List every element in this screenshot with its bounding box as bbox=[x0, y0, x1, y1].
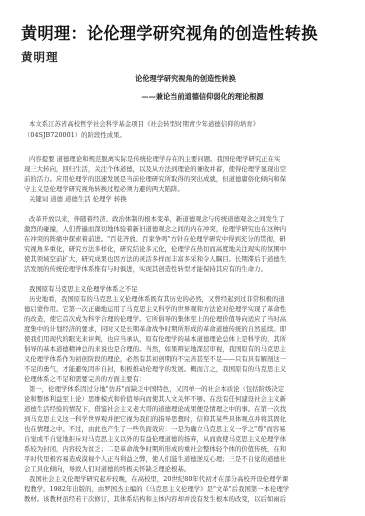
closing-line: 我国社会主义伦理学研究起步较晚，在高校里，20世纪80年代初才在部分高校开设伦理… bbox=[29, 475, 288, 484]
funding-note-line: 本文系江苏省高校哲学社会科学基金项目《社会转型时期青少年道德信仰的培育》 bbox=[29, 120, 259, 129]
section-body-line: 义伦理学体系作为初创阶段的理论，必然有其初创期的不完善甚至不足——只有具有解剖这… bbox=[24, 355, 286, 364]
section-body-line: 德启蒙作用。它第一次正确地运用了马克思主义科学的世界观和方法论对伦理学实现了革命… bbox=[24, 305, 286, 314]
section-body-line: 历史地看，我国原有的马克思主义伦理体系既有其历史的必然，又曾经起到过非常积极的道 bbox=[29, 295, 285, 304]
section-body-line: 不足的勇气，才能避免因步自封，积极推动伦理学的发展。概而言之，我国原有的马克思主… bbox=[24, 365, 286, 374]
document-main-title: 黄明理：论伦理学研究视角的创造性转换 bbox=[21, 20, 318, 44]
section-body-line: 使我们用现代的眼光来评判，也应当承认，原有伦理学的基本道德理论总体上是科学的，其… bbox=[24, 335, 286, 344]
section-body-line: 度集中的计划经济的要求，同时又是长期革命战争时期所形成的革命道德传统的自然延续。… bbox=[24, 325, 286, 334]
funding-note-line: （04SJB720001）的阶段性成果。 bbox=[24, 131, 126, 140]
intro-line: 改革开放以来，伴随着经济、政治体制的根本变革，新道德观念与传统道德观念之间发生了 bbox=[29, 215, 285, 224]
closing-line: 程教学。1982年出版的、由罗国杰主编的《马克思主义伦理学》是"文革"后我国第一… bbox=[24, 485, 289, 494]
point-one-line: 到马克思主义这一科学世界观并把它视为我们的指导思想时，信仰其某些具体观点并将其固… bbox=[24, 415, 286, 424]
document-page: 黄明理：论伦理学研究视角的创造性转换 黄明理 论伦理学研究视角的创造性转换 ——… bbox=[0, 0, 365, 516]
point-one-line: 系较为封闭，内容较为贫乏；二是革命战争时期所形成的重社会整体轻个体的价值传统，在… bbox=[24, 445, 286, 454]
abstract-line: 现三大转向，回归生活，关注个体道德，以及从方法到理论的兼收并蓄，使得伦理学显现出… bbox=[24, 165, 286, 174]
abstract-line: 守主义是伦理学研究视角转换过程必须力避的两大陷阱。 bbox=[24, 185, 184, 194]
section-heading: 我国原有马克思主义伦理学体系之不足 bbox=[29, 285, 138, 294]
intro-line: 究视角多重化，研究方法多样化，研究结论多元化，伦理学在热切而高度地关注现实的氛围… bbox=[24, 245, 286, 254]
intro-line: 在冲突的阵痛中探索着前进。"百花齐放、百家争鸣"方针在伦理学研究中得到充分的贯彻… bbox=[24, 235, 286, 244]
section-body-line: 的改造，使它首次成为科学合理的伦理学。它所倡导的集体至上的伦理价值导向适应了当时… bbox=[24, 315, 286, 324]
article-title: 论伦理学研究视角的创造性转换 bbox=[0, 74, 365, 84]
abstract-line: 前的活力。应用伦理学的迅速发展是当前伦理研究所取得的突出成就，但道德庸俗化倾向和… bbox=[24, 175, 286, 184]
point-one-line: 也在情理之中。不过，由此也产生了一些负面效应：一是为确立马克思主义一学之"尊"而… bbox=[24, 425, 286, 434]
point-one-line: 第一，伦理学体系因过分地"仿苏"而缺乏中国特色，又因单一的社会本质论（包括阶级决… bbox=[29, 385, 284, 394]
author-name: 黄明理 bbox=[21, 49, 59, 65]
closing-line: 教材。该教材虽经若干次修订，其体系结构和主体内容却并没有发生根本的改变，以后如雨… bbox=[24, 495, 286, 504]
point-one-line: 自觉或不自觉地拒斥对马克思主义以外的有益伦理道德的扬弃，从而致使马克思主义伦理学… bbox=[24, 435, 286, 444]
abstract-line: 内容提要 道德理论和规范脱离实际是传统伦理学存在的主要问题。我国伦理学研究正在实 bbox=[29, 155, 280, 164]
article-subtitle: ——兼论当前道德信仰弱化的理论根源 bbox=[0, 92, 365, 102]
section-body-line: 倡导的基本道德精神总的来说也是合理的。当然，如果辩证地深层审视，我国原有的马克思… bbox=[24, 345, 286, 354]
intro-line: 活发展的传统伦理学体系惟有与时俱进，实现其创造性转型才能保持其应有的生命力。 bbox=[24, 265, 267, 274]
intro-line: 激烈的碰撞，人们普遍而深切地体验着新旧道德观念之间的内在冲突，伦理学研究也在这种… bbox=[24, 225, 286, 234]
point-one-line: 道德生活经验的情况下，借鉴社会主义老大哥的道德理论成果便是情理之中的事。在第一次… bbox=[24, 405, 286, 414]
point-one-line: 会工具化倾向，导致人们对道德的终极关怀缺乏理论根基。 bbox=[24, 465, 190, 474]
point-one-line: 论和整体利益至上论）思维模式和价值导向而使其人文关怀不够。在没有任何建设社会主义… bbox=[24, 395, 286, 404]
section-body-line: 伦理体系之不足和需要完善的方面主要有： bbox=[24, 375, 145, 384]
point-one-line: 平时代里极容易造成漠视个人正当利益之弊，使人们滋生道德逆反心理；三是不自觉的道德… bbox=[24, 455, 286, 464]
intro-line: 使其领域空前扩大，研究成果也因方法的灵活多样而丰富多采和令人瞩目。长期滞后于道德… bbox=[24, 255, 286, 264]
keywords-line: 关键词 道德 道德生活 伦理学 转换 bbox=[29, 195, 127, 204]
